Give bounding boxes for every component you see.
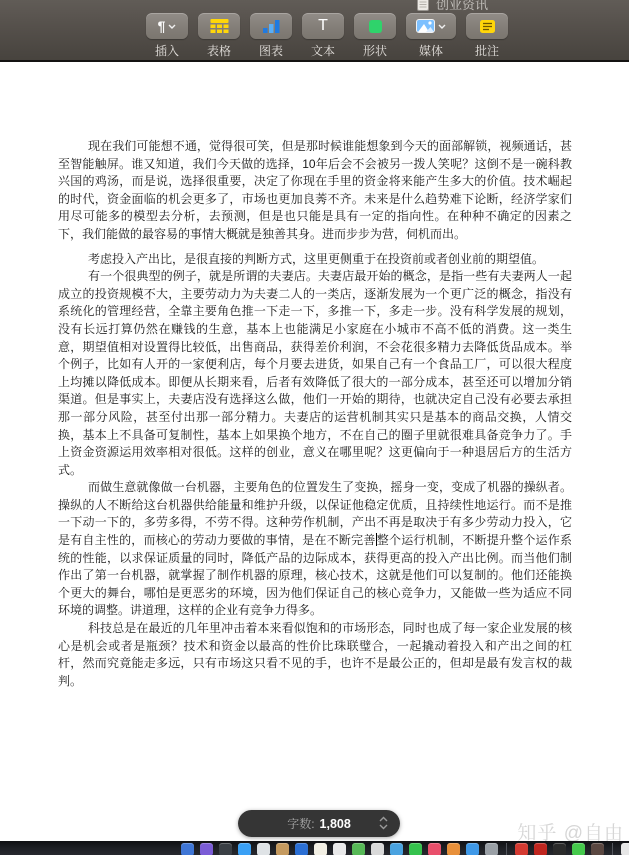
table-icon — [210, 19, 229, 33]
insert-button[interactable]: ¶ — [146, 13, 188, 39]
table-label: 表格 — [207, 42, 231, 59]
comment-icon — [480, 20, 495, 33]
toolbar-buttons: ¶ 插入 — [146, 13, 508, 59]
paragraph-4[interactable]: 而做生意就像做一台机器，主要角色的位置发生了变换，摇身一变，变成了机器的操纵者。… — [58, 479, 572, 620]
dock-icon-preview[interactable] — [333, 843, 346, 855]
table-button[interactable] — [198, 13, 240, 39]
dock-separator-1 — [506, 843, 507, 855]
chart-button[interactable] — [250, 13, 292, 39]
paragraph-1[interactable]: 现在我们可能想不通，觉得很可笑，但是那时候谁能想象到今天的面部解锁，视频通话，甚… — [58, 138, 572, 244]
dock — [0, 841, 629, 855]
paragraph-2[interactable]: 考虑投入产出比，是很直接的判断方式，这里更侧重于在投资前或者创业前的期望值。 — [58, 251, 572, 269]
dock-icon-numbers[interactable] — [352, 843, 365, 855]
chevron-down-icon — [168, 24, 176, 29]
chart-label: 图表 — [259, 42, 283, 59]
app-toolbar: 创业资讯 ¶ 插入 — [0, 0, 629, 62]
dock-icon-wechat[interactable] — [409, 843, 422, 855]
paragraph-3[interactable]: 有一个很典型的例子，就是所谓的夫妻店。夫妻店最开始的概念，是指一些有夫妻两人一起… — [58, 268, 572, 479]
dock-icon-trash[interactable] — [621, 843, 629, 855]
dock-icon-photos[interactable] — [371, 843, 384, 855]
word-count-value: 1,808 — [320, 817, 351, 831]
dock-icon-app-orange[interactable] — [447, 843, 460, 855]
dock-icon-safari[interactable] — [238, 843, 251, 855]
comment-button[interactable] — [466, 13, 508, 39]
dock-separator-2 — [612, 843, 613, 855]
dock-icon-textedit[interactable] — [257, 843, 270, 855]
dock-icon-finder[interactable] — [181, 843, 194, 855]
dock-icon-app-dark[interactable] — [591, 843, 604, 855]
shape-button[interactable] — [354, 13, 396, 39]
dock-icons — [181, 843, 629, 855]
word-count-pill[interactable]: 字数: 1,808 — [238, 810, 400, 837]
shape-icon — [369, 20, 382, 33]
comment-label: 批注 — [475, 42, 499, 59]
dock-icon-qq[interactable] — [553, 843, 566, 855]
window-title: 创业资讯 — [417, 0, 488, 13]
text-icon: T — [318, 18, 328, 34]
dock-icon-notes[interactable] — [314, 843, 327, 855]
stepper-chevrons-icon[interactable] — [379, 816, 388, 830]
document-page[interactable]: 现在我们可能想不通，觉得很可笑，但是那时候谁能想象到今天的面部解锁，视频通话，甚… — [0, 62, 629, 841]
dock-icon-vscode[interactable] — [295, 843, 308, 855]
text-button[interactable]: T — [302, 13, 344, 39]
word-count-label: 字数: — [287, 815, 314, 832]
pilcrow-icon: ¶ — [158, 19, 166, 33]
shape-label: 形状 — [363, 42, 387, 59]
dock-icon-folder[interactable] — [276, 843, 289, 855]
dock-icon-music[interactable] — [428, 843, 441, 855]
chart-icon — [263, 19, 280, 33]
document-title: 创业资讯 — [436, 0, 488, 13]
document-body[interactable]: 现在我们可能想不通，觉得很可笑，但是那时候谁能想象到今天的面部解锁，视频通话，甚… — [0, 62, 629, 690]
text-label: 文本 — [311, 42, 335, 59]
document-proxy-icon — [417, 0, 429, 11]
dock-icon-netease[interactable] — [515, 843, 528, 855]
dock-icon-launchpad[interactable] — [219, 843, 232, 855]
dock-icon-settings[interactable] — [485, 843, 498, 855]
media-label: 媒体 — [419, 42, 443, 59]
chevron-down-icon — [438, 24, 446, 29]
dock-icon-app-green[interactable] — [572, 843, 585, 855]
dock-icon-app-blue[interactable] — [390, 843, 403, 855]
dock-icon-appstore[interactable] — [466, 843, 479, 855]
insert-label: 插入 — [155, 42, 179, 59]
media-icon — [416, 19, 435, 33]
paragraph-5[interactable]: 科技总是在最近的几年里冲击着本来看似饱和的市场形态，同时也成了每一家企业发展的核… — [58, 620, 572, 690]
dock-icon-netease-music[interactable] — [534, 843, 547, 855]
screen: 创业资讯 ¶ 插入 — [0, 0, 629, 855]
media-button[interactable] — [406, 13, 456, 39]
dock-icon-app-purple[interactable] — [200, 843, 213, 855]
